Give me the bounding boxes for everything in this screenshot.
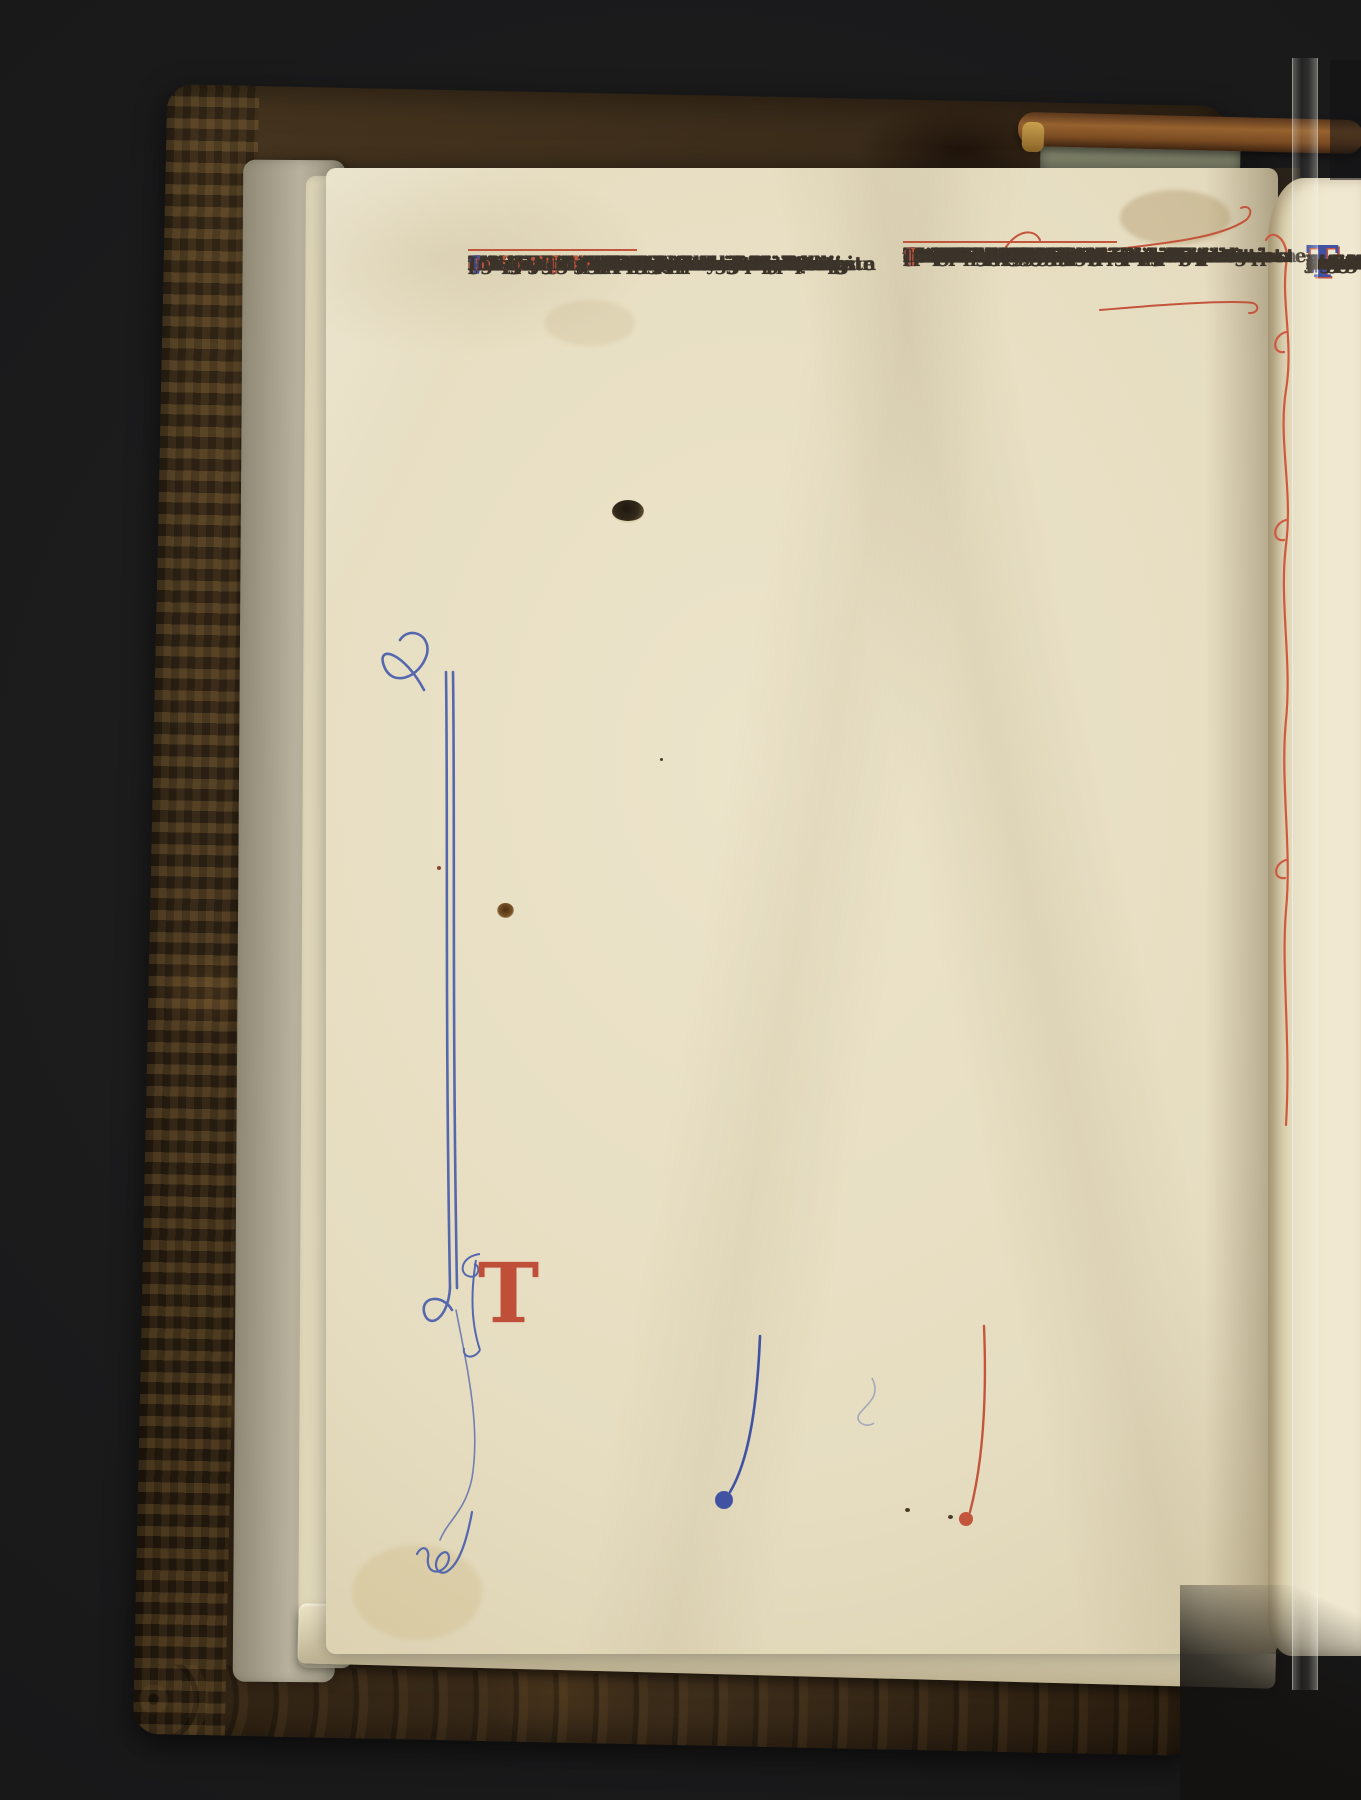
corner-shadow <box>1180 1585 1361 1800</box>
corner-shadow <box>1330 60 1361 180</box>
initial-letter-T: T <box>478 1244 539 1344</box>
glass-strip <box>1292 58 1318 1690</box>
manuscript-photo: tiones sensuum. ¶In ix. agitur desobriet… <box>0 0 1361 1800</box>
decorated-initial: T <box>462 1252 542 1356</box>
ink-text: In seda <box>468 249 544 280</box>
ink-text: In ix. agit de magnani <box>903 241 1132 272</box>
